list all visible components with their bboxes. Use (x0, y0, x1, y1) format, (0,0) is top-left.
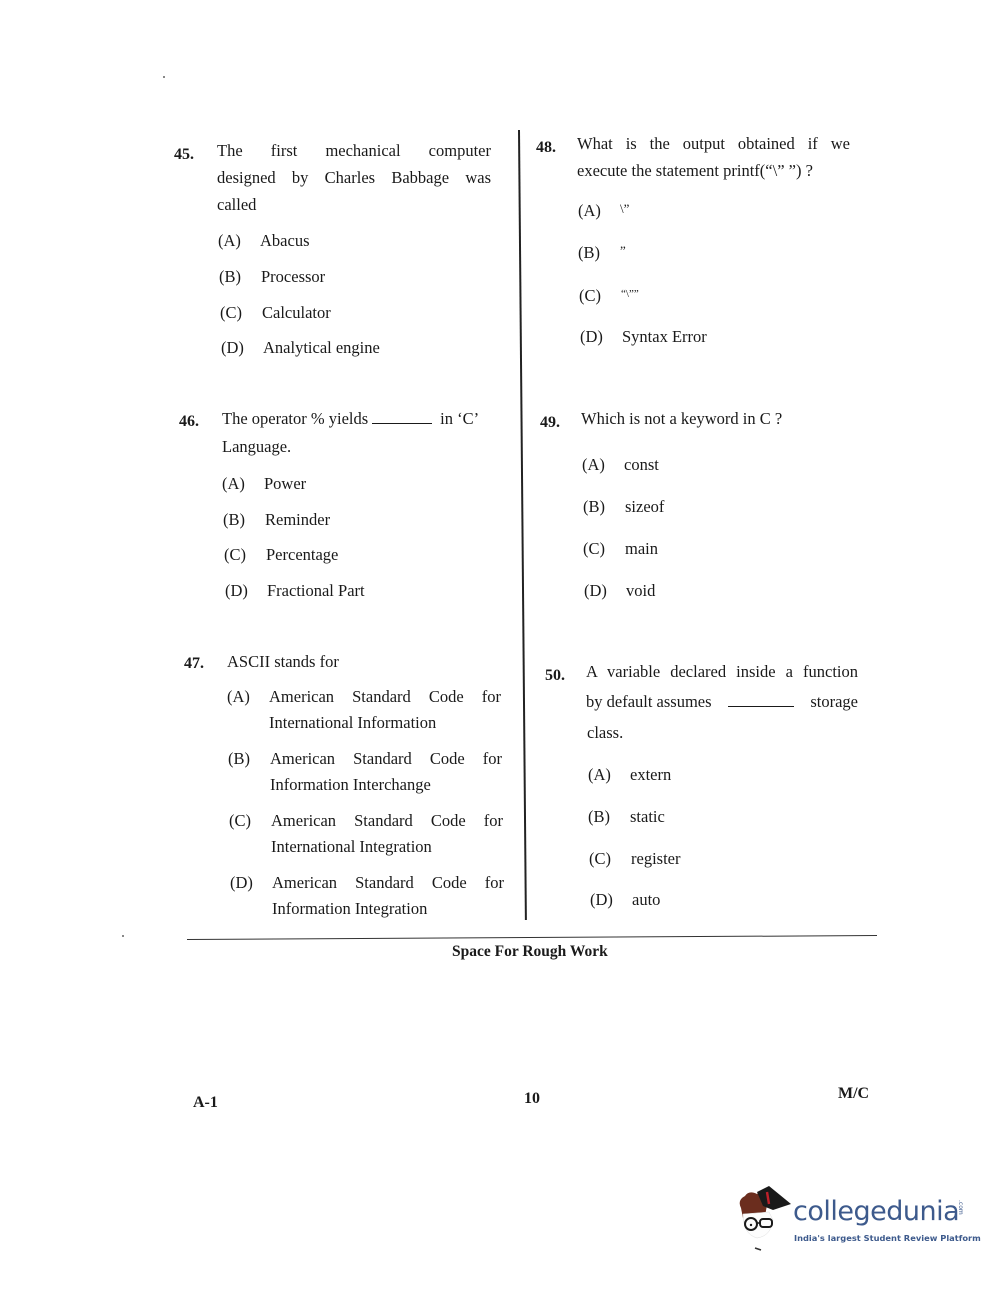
option-label: (A) (582, 455, 624, 475)
option-label: (B) (588, 807, 630, 827)
option-label: (C) (220, 303, 262, 323)
option-text: ” (620, 243, 626, 258)
option-a[interactable]: (A)const (582, 455, 659, 475)
option-label: (C) (589, 849, 631, 869)
booklet-code: A-1 (193, 1094, 218, 1112)
option-c[interactable]: (C)register (589, 849, 680, 869)
question-number: 50. (545, 667, 565, 685)
option-d[interactable]: (D)void (584, 581, 655, 601)
option-text: “\”” (621, 288, 639, 300)
option-label: (A) (227, 684, 250, 710)
option-label: (D) (221, 338, 263, 358)
fill-in-blank (372, 422, 432, 424)
question-number: 48. (536, 139, 556, 157)
option-text-line: International Information (269, 713, 436, 732)
option-text: Reminder (265, 510, 330, 529)
fill-in-blank (728, 705, 794, 707)
question-text-line: execute the statement printf(“\” ”) ? (577, 158, 813, 184)
question-text: ASCII stands for (227, 649, 339, 675)
option-b[interactable]: (B)Processor (219, 267, 325, 287)
option-label: (D) (590, 890, 632, 910)
option-a[interactable]: (A)\” (578, 201, 629, 221)
question-text: storage (810, 689, 858, 715)
option-text: Percentage (266, 545, 338, 564)
option-b[interactable]: (B) American Standard Code forInformatio… (228, 746, 502, 798)
rough-work-rule (187, 935, 877, 940)
option-d[interactable]: (D)auto (590, 890, 660, 910)
option-text: register (631, 849, 680, 868)
option-text: Power (264, 474, 306, 493)
option-label: (C) (229, 808, 251, 834)
scan-speck (122, 935, 124, 937)
option-text: auto (632, 890, 660, 909)
option-label: (A) (218, 231, 260, 251)
page-number: 10 (524, 1090, 540, 1108)
brand-tagline: India's largest Student Review Platform (794, 1233, 981, 1243)
option-text-line: Information Interchange (270, 775, 431, 794)
scan-speck (163, 76, 165, 78)
option-label: (D) (225, 581, 267, 601)
option-text: main (625, 539, 658, 558)
question-text: by default assumes (586, 689, 712, 715)
question-number: 46. (179, 413, 199, 431)
option-label: (A) (578, 201, 620, 221)
option-c[interactable]: (C)“\”” (579, 286, 639, 306)
option-text-line: Information Integration (272, 899, 427, 918)
option-label: (C) (579, 286, 621, 306)
question-text-line: by default assumesstorage (586, 689, 858, 715)
option-d[interactable]: (D)Fractional Part (225, 581, 365, 601)
option-text: Syntax Error (622, 327, 707, 346)
brand-name: collegedunia (793, 1196, 959, 1227)
option-label: (D) (230, 870, 253, 896)
option-label: (D) (580, 327, 622, 347)
option-text: sizeof (625, 497, 664, 516)
option-text: \” (620, 201, 629, 216)
option-d[interactable]: (D) American Standard Code forInformatio… (230, 870, 504, 922)
question-text: The operator % yields (222, 409, 368, 428)
option-d[interactable]: (D)Analytical engine (221, 338, 380, 358)
option-text: const (624, 455, 659, 474)
student-mascot-icon (735, 1186, 793, 1256)
question-number: 47. (184, 655, 204, 673)
option-text: Processor (261, 267, 325, 286)
option-text: Calculator (262, 303, 331, 322)
option-text: Abacus (260, 231, 309, 250)
option-label: (A) (588, 765, 630, 785)
option-text: void (626, 581, 655, 600)
option-label: (B) (578, 243, 620, 263)
option-text: Analytical engine (263, 338, 380, 357)
brand-domain-suffix: .com (957, 1200, 964, 1215)
option-text: Fractional Part (267, 581, 365, 600)
question-text-line: Language. (222, 434, 291, 460)
option-text: static (630, 807, 665, 826)
option-a[interactable]: (A)Abacus (218, 231, 309, 251)
question-text: in ‘C’ (440, 409, 479, 428)
option-text-line: International Integration (271, 837, 432, 856)
option-label: (A) (222, 474, 264, 494)
option-c[interactable]: (C)Percentage (224, 545, 338, 565)
column-divider (518, 130, 526, 920)
option-text-line: American Standard Code for (271, 808, 503, 834)
question-number: 45. (174, 146, 194, 164)
subject-code: M/C (838, 1085, 869, 1103)
option-c[interactable]: (C)Calculator (220, 303, 331, 323)
option-text-line: American Standard Code for (270, 746, 502, 772)
option-text-line: American Standard Code for (272, 870, 504, 896)
question-text-line: The first mechanical computer (217, 138, 491, 164)
question-text-line: What is the output obtained if we (577, 131, 850, 157)
option-label: (C) (224, 545, 266, 565)
option-label: (B) (219, 267, 261, 287)
option-label: (B) (228, 746, 250, 772)
question-text-line: designed by Charles Babbage was (217, 165, 491, 191)
question-text: Which is not a keyword in C ? (581, 406, 782, 432)
option-a[interactable]: (A) American Standard Code forInternatio… (227, 684, 501, 736)
option-a[interactable]: (A)Power (222, 474, 306, 494)
question-text-line: class. (587, 720, 623, 746)
option-c[interactable]: (C) American Standard Code forInternatio… (229, 808, 503, 860)
option-label: (B) (583, 497, 625, 517)
option-b[interactable]: (B)sizeof (583, 497, 664, 517)
option-c[interactable]: (C)main (583, 539, 658, 559)
option-label: (B) (223, 510, 265, 530)
rough-work-label: Space For Rough Work (452, 943, 608, 961)
question-text-line: called (217, 192, 256, 218)
option-label: (C) (583, 539, 625, 559)
option-d[interactable]: (D)Syntax Error (580, 327, 707, 347)
option-text-line: American Standard Code for (269, 684, 501, 710)
option-b[interactable]: (B)Reminder (223, 510, 330, 530)
option-b[interactable]: (B)” (578, 243, 626, 263)
option-text: extern (630, 765, 671, 784)
collegedunia-logo: collegedunia .com India's largest Studen… (735, 1186, 965, 1256)
option-label: (D) (584, 581, 626, 601)
question-number: 49. (540, 414, 560, 432)
option-b[interactable]: (B)static (588, 807, 665, 827)
question-text-line: A variable declared inside a function (586, 659, 858, 685)
question-text-line: The operator % yieldsin ‘C’ (222, 406, 479, 432)
option-a[interactable]: (A)extern (588, 765, 671, 785)
